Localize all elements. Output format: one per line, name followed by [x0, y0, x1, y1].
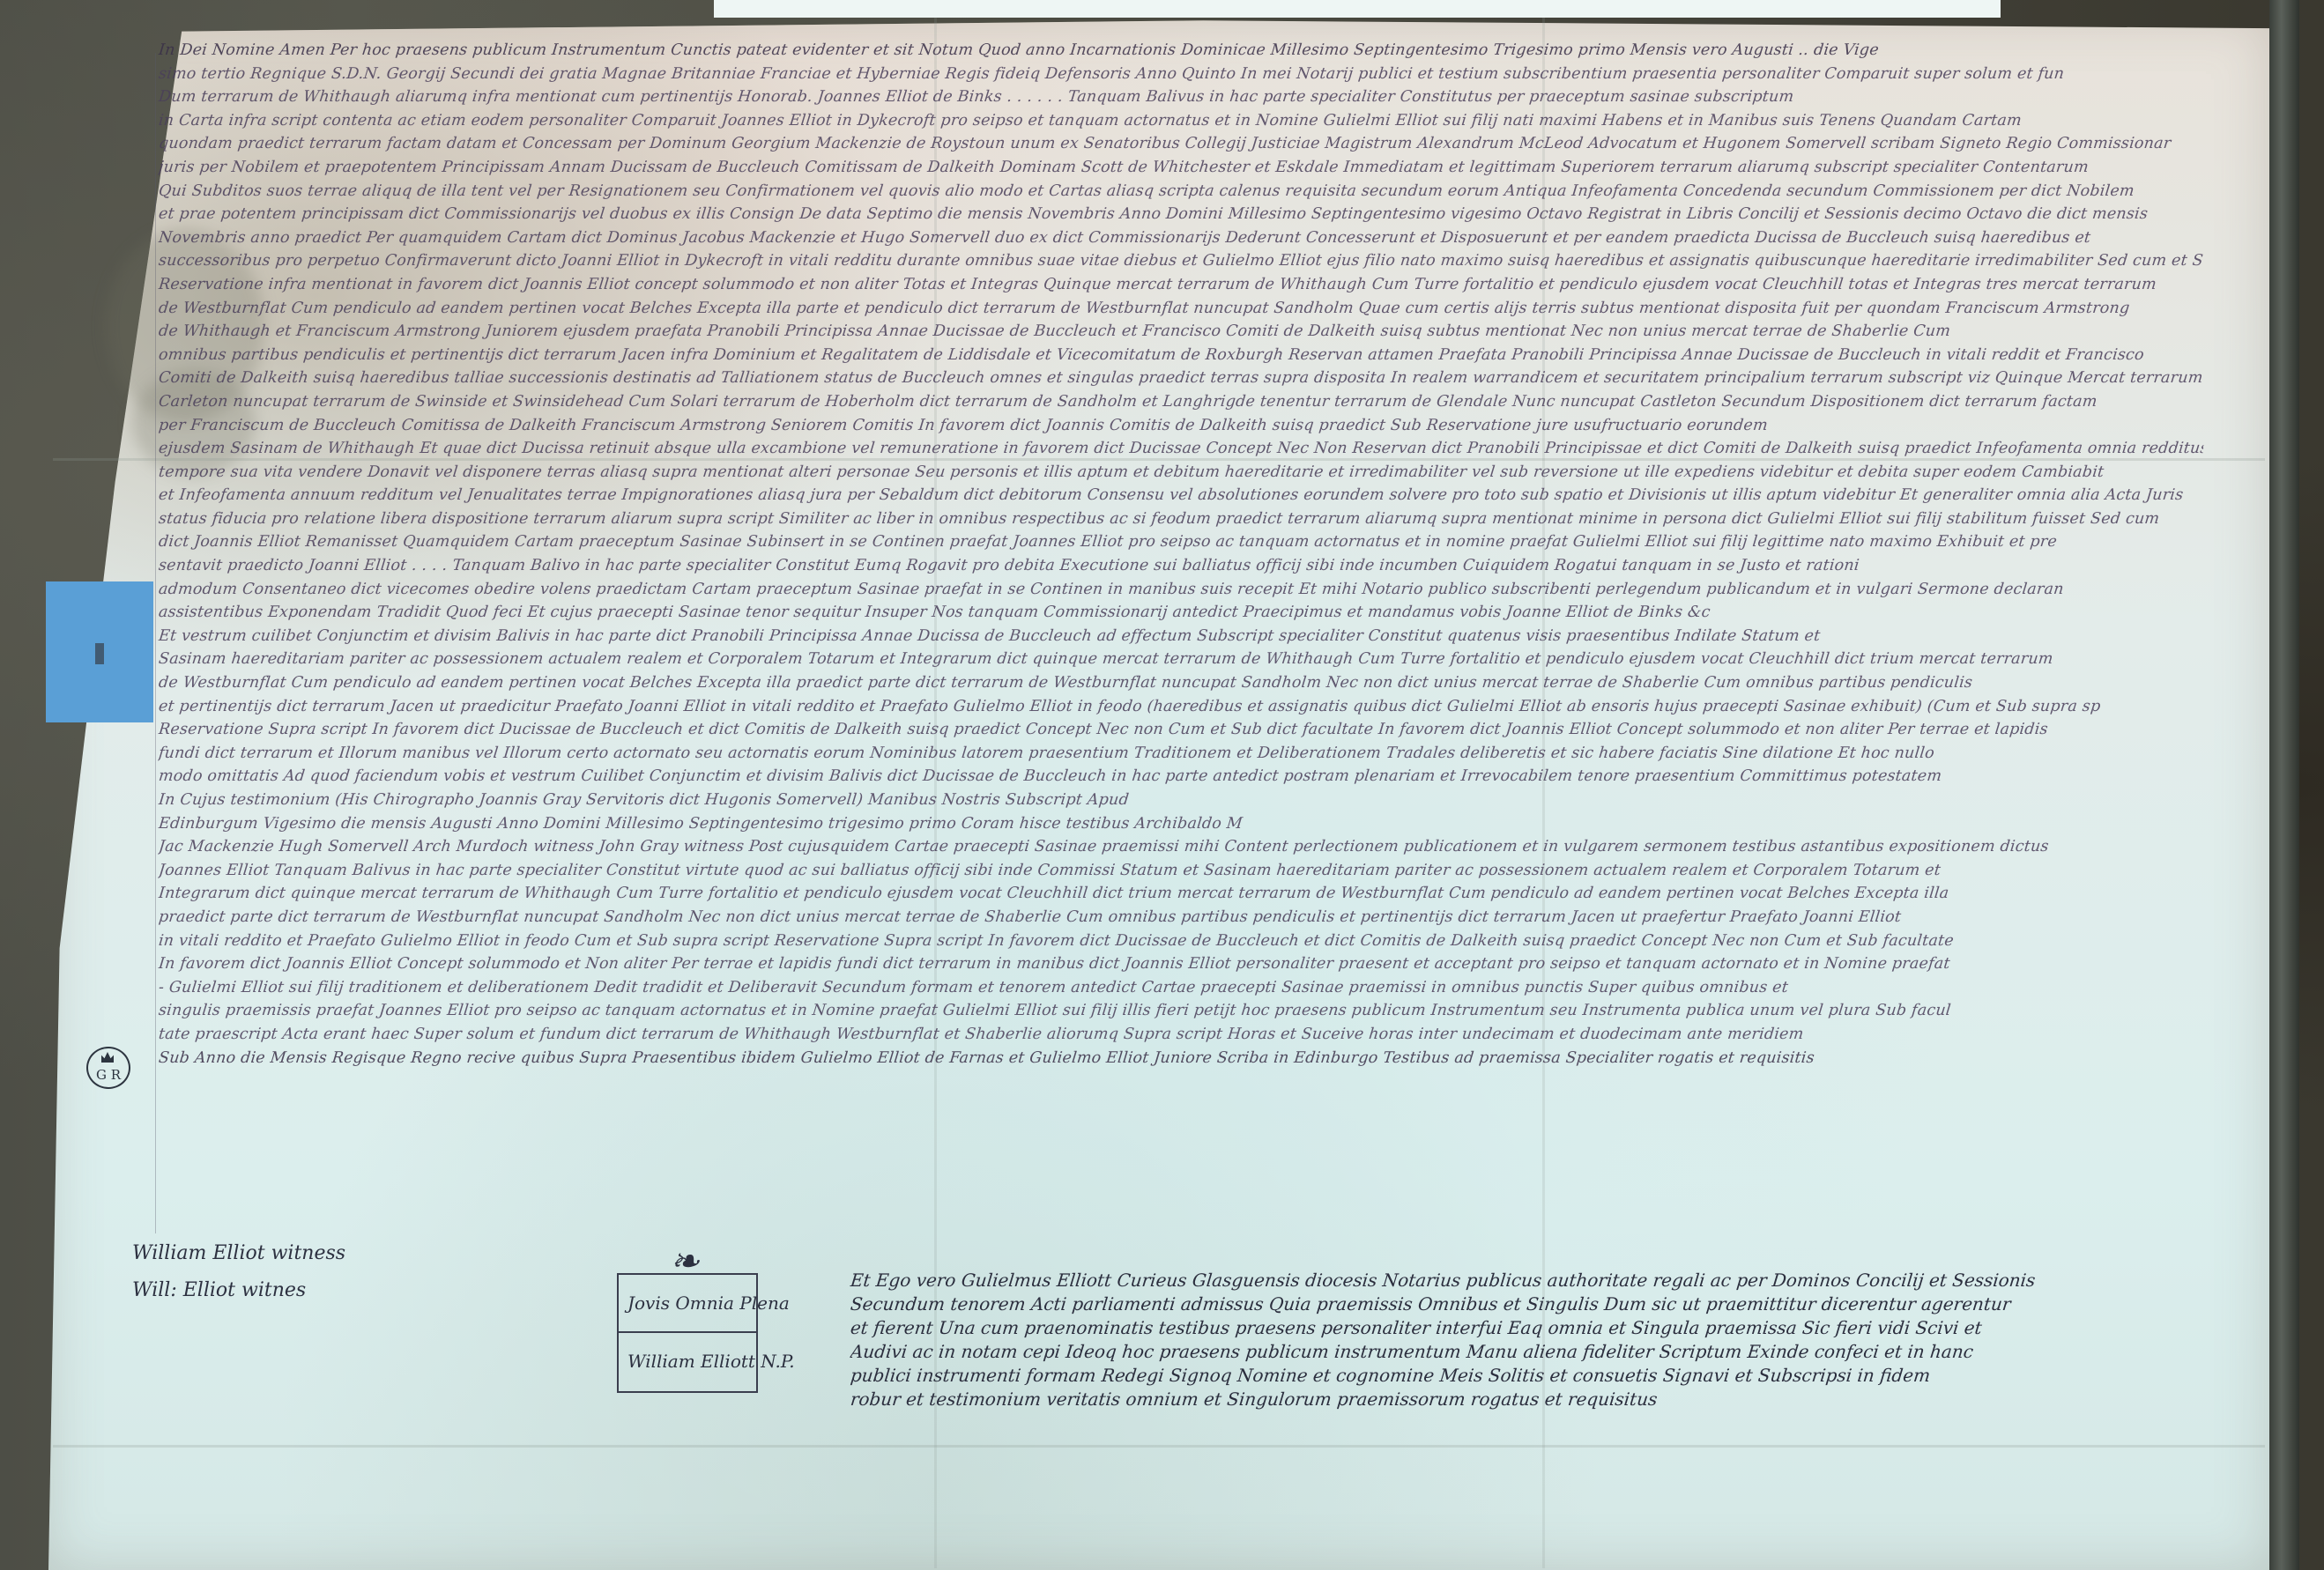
- text-line: in vitali reddito et Praefato Gulielmo E…: [158, 929, 2205, 953]
- text-line: Novembris anno praedict Per quamquidem C…: [158, 226, 2205, 250]
- witness-signature: Will: Elliot witnes: [132, 1279, 306, 1301]
- text-line: et Infeofamenta annuum redditum vel Jenu…: [158, 484, 2205, 507]
- notary-mark-box: Jovis Omnia Plena William Elliott N.P.: [617, 1273, 758, 1393]
- text-line: Edinburgum Vigesimo die mensis Augusti A…: [158, 812, 2205, 836]
- text-line: fundi dict terrarum et Illorum manibus v…: [158, 742, 2205, 766]
- text-line: ejusdem Sasinam de Whithaugh Et quae dic…: [158, 437, 2205, 461]
- instrument-body: In Dei Nomine Amen Per hoc praesens publ…: [159, 39, 2203, 1093]
- text-line: In favorem dict Joannis Elliot Concept s…: [158, 952, 2205, 976]
- text-line: status fiducia pro relatione libera disp…: [158, 507, 2205, 531]
- text-line: omnibus partibus pendiculis et pertinent…: [158, 344, 2205, 367]
- text-line: tempore sua vita vendere Donavit vel dis…: [158, 461, 2205, 485]
- tab-mark-icon: [95, 643, 104, 664]
- text-line: - Gulielmi Elliot sui filij traditionem …: [158, 976, 2205, 1000]
- text-line: dict Joannis Elliot Remanisset Quamquide…: [158, 530, 2205, 554]
- text-line: Et vestrum cuilibet Conjunctim et divisi…: [158, 625, 2205, 648]
- frame-edge: [2269, 0, 2299, 1570]
- text-line: Reservatione Supra script In favorem dic…: [158, 718, 2205, 742]
- text-line: de Westburnflat Cum pendiculo ad eandem …: [158, 297, 2205, 321]
- text-line: quondam praedict terrarum factam datam e…: [158, 132, 2205, 156]
- text-line: [158, 1070, 2205, 1093]
- backing-paper-strip: [714, 0, 2001, 18]
- text-line: de Whithaugh et Franciscum Armstrong Jun…: [158, 320, 2205, 344]
- docquet-line: Audivi ac in notam cepi Ideoq hoc praese…: [850, 1340, 2245, 1364]
- text-line: Comiti de Dalkeith suisq haeredibus tall…: [158, 367, 2205, 390]
- text-line: successoribus pro perpetuo Confirmaverun…: [158, 249, 2205, 273]
- fold-line: [53, 1445, 2265, 1448]
- text-line: et pertinentijs dict terrarum Jacen ut p…: [158, 695, 2205, 719]
- witness-signature: William Elliot witness: [132, 1242, 345, 1264]
- text-line: et prae potentem principissam dict Commi…: [158, 203, 2205, 226]
- docquet-line: et fierent Una cum praenominatis testibu…: [850, 1316, 2245, 1340]
- revenue-stamp: G R: [86, 1047, 130, 1089]
- text-line: Jac Mackenzie Hugh Somervell Arch Murdoc…: [158, 835, 2205, 859]
- stamp-letters: G R: [96, 1067, 121, 1083]
- text-line: modo omittatis Ad quod faciendum vobis e…: [158, 765, 2205, 789]
- text-line: In Cujus testimonium (His Chirographo Jo…: [158, 789, 2205, 812]
- notary-sign-manual: ❧ Jovis Omnia Plena William Elliott N.P.: [617, 1273, 758, 1393]
- text-line: in Carta infra script contenta ac etiam …: [158, 109, 2205, 133]
- text-line: de Westburnflat Cum pendiculo ad eandem …: [158, 671, 2205, 695]
- notary-signature: William Elliott N.P.: [619, 1333, 756, 1389]
- text-line: assistentibus Exponendam Tradidit Quod f…: [158, 601, 2205, 625]
- text-line: Dum terrarum de Whithaugh aliarumq infra…: [158, 85, 2205, 109]
- text-line: In Dei Nomine Amen Per hoc praesens publ…: [158, 39, 2205, 63]
- notary-motto: Jovis Omnia Plena: [619, 1275, 756, 1333]
- text-line: Sub Anno die Mensis Regisque Regno reciv…: [158, 1047, 2205, 1070]
- text-line: juris per Nobilem et praepotentem Princi…: [158, 156, 2205, 180]
- text-line: Sasinam haereditariam pariter ac possess…: [158, 648, 2205, 671]
- text-line: Qui Subditos suos terrae aliquq de illa …: [158, 180, 2205, 204]
- text-line: simo tertio Regnique S.D.N. Georgij Secu…: [158, 63, 2205, 86]
- text-line: admodum Consentaneo dict vicecomes obedi…: [158, 578, 2205, 602]
- notary-docquet: Et Ego vero Gulielmus Elliott Curieus Gl…: [850, 1269, 2243, 1411]
- text-line: Carleton nuncupat terrarum de Swinside e…: [158, 390, 2205, 414]
- margin-rule: [155, 53, 156, 1233]
- text-line: sentavit praedicto Joanni Elliot . . . .…: [158, 554, 2205, 578]
- docquet-line: Secundum tenorem Acti parliamenti admiss…: [850, 1292, 2245, 1316]
- text-line: Integrarum dict quinque mercat terrarum …: [158, 882, 2205, 906]
- crown-icon: [101, 1052, 114, 1063]
- docquet-line: robur et testimonium veritatis omnium et…: [850, 1388, 2245, 1411]
- text-line: Joannes Elliot Tanquam Balivus in hac pa…: [158, 859, 2205, 883]
- text-line: Reservatione infra mentionat in favorem …: [158, 273, 2205, 297]
- text-line: singulis praemissis praefat Joannes Elli…: [158, 999, 2205, 1023]
- docquet-line: Et Ego vero Gulielmus Elliott Curieus Gl…: [850, 1269, 2245, 1292]
- docquet-line: publici instrumenti formam Redegi Signoq…: [850, 1364, 2245, 1388]
- text-line: per Franciscum de Buccleuch Comitissa de…: [158, 414, 2205, 438]
- blue-paper-tab: [46, 581, 153, 722]
- text-line: tate praescript Acta erant haec Super so…: [158, 1023, 2205, 1047]
- text-line: praedict parte dict terrarum de Westburn…: [158, 906, 2205, 929]
